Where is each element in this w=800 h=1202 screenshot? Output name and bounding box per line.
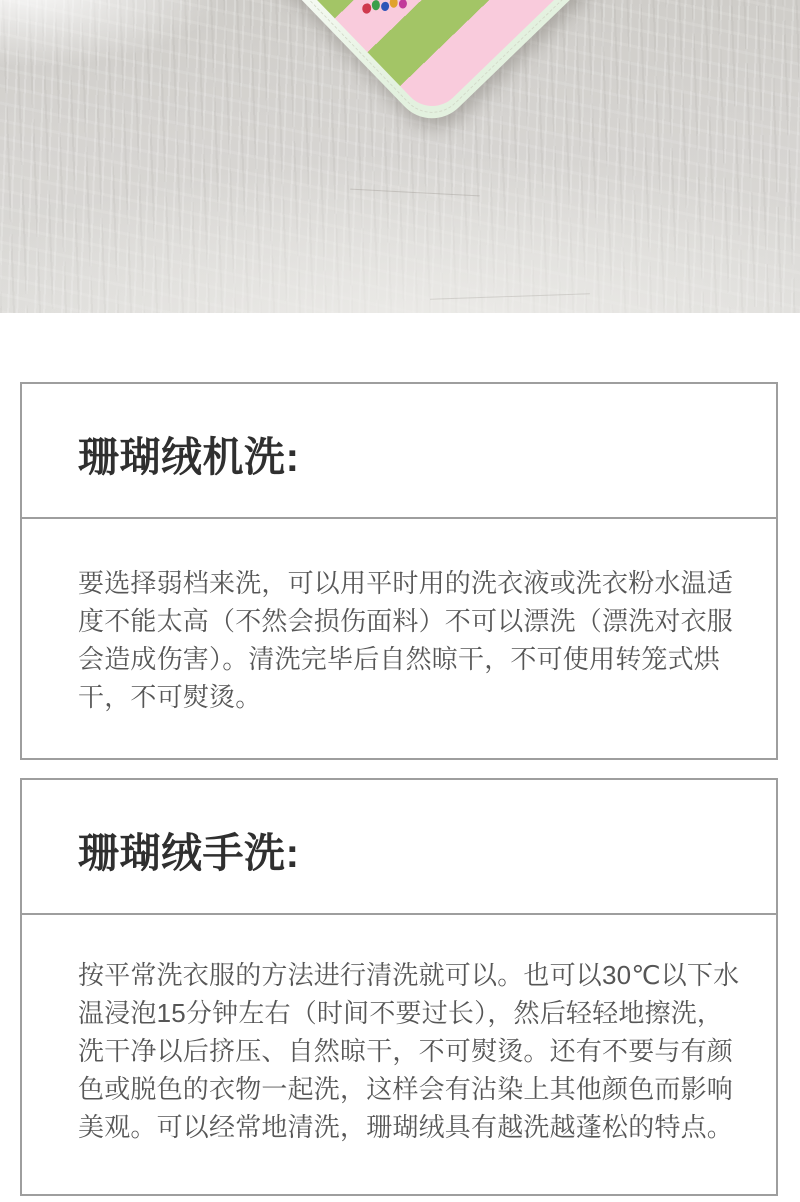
body-line: 按平常洗衣服的方法进行清洗就可以。也可以30℃以下水 [78, 956, 740, 994]
wall-scratch [430, 293, 590, 300]
towel-stripes [172, 0, 701, 118]
care-section-machine-wash: 珊瑚绒机洗: 要选择弱档来洗，可以用平时用的洗衣液或洗衣粉水温适 度不能太高（不… [20, 382, 778, 760]
body-line: 色或脱色的衣物一起洗，这样会有沾染上其他颜色而影响 [78, 1070, 740, 1108]
product-detail-page: 珊瑚绒机洗: 要选择弱档来洗，可以用平时用的洗衣液或洗衣粉水温适 度不能太高（不… [0, 0, 800, 1202]
towel-corner [238, 0, 634, 52]
embroidery-dot [398, 0, 407, 9]
body-line: 洗干净以后挤压、自然晾干，不可熨烫。还有不要与有颜 [78, 1032, 740, 1070]
body-line: 度不能太高（不然会损伤面料）不可以漂洗（漂洗对衣服 [78, 602, 740, 640]
body-line: 会造成伤害）。清洗完毕后自然晾干，不可使用转笼式烘 [78, 640, 740, 678]
body-line: 美观。可以经常地清洗，珊瑚绒具有越洗越蓬松的特点。 [78, 1108, 740, 1146]
section-body: 要选择弱档来洗，可以用平时用的洗衣液或洗衣粉水温适 度不能太高（不然会损伤面料）… [22, 519, 776, 716]
embroidery-dot [381, 1, 390, 11]
section-body: 按平常洗衣服的方法进行清洗就可以。也可以30℃以下水 温浸泡15分钟左右（时间不… [22, 915, 776, 1146]
body-line: 干，不可熨烫。 [78, 678, 740, 716]
striped-towel [156, 0, 716, 134]
embroidery-dot [371, 0, 380, 11]
product-photo [0, 0, 800, 313]
body-line: 要选择弱档来洗，可以用平时用的洗衣液或洗衣粉水温适 [78, 564, 740, 602]
care-section-hand-wash: 珊瑚绒手洗: 按平常洗衣服的方法进行清洗就可以。也可以30℃以下水 温浸泡15分… [20, 778, 778, 1196]
section-heading-text: 珊瑚绒手洗: [78, 820, 300, 879]
embroidery-dot [362, 3, 372, 14]
wall-scratch [350, 189, 480, 197]
section-heading: 珊瑚绒机洗: [22, 384, 776, 519]
section-heading: 珊瑚绒手洗: [22, 780, 776, 915]
embroidery-dot [389, 0, 398, 8]
section-heading-text: 珊瑚绒机洗: [78, 424, 300, 483]
body-line: 温浸泡15分钟左右（时间不要过长），然后轻轻地擦洗， [78, 994, 740, 1032]
